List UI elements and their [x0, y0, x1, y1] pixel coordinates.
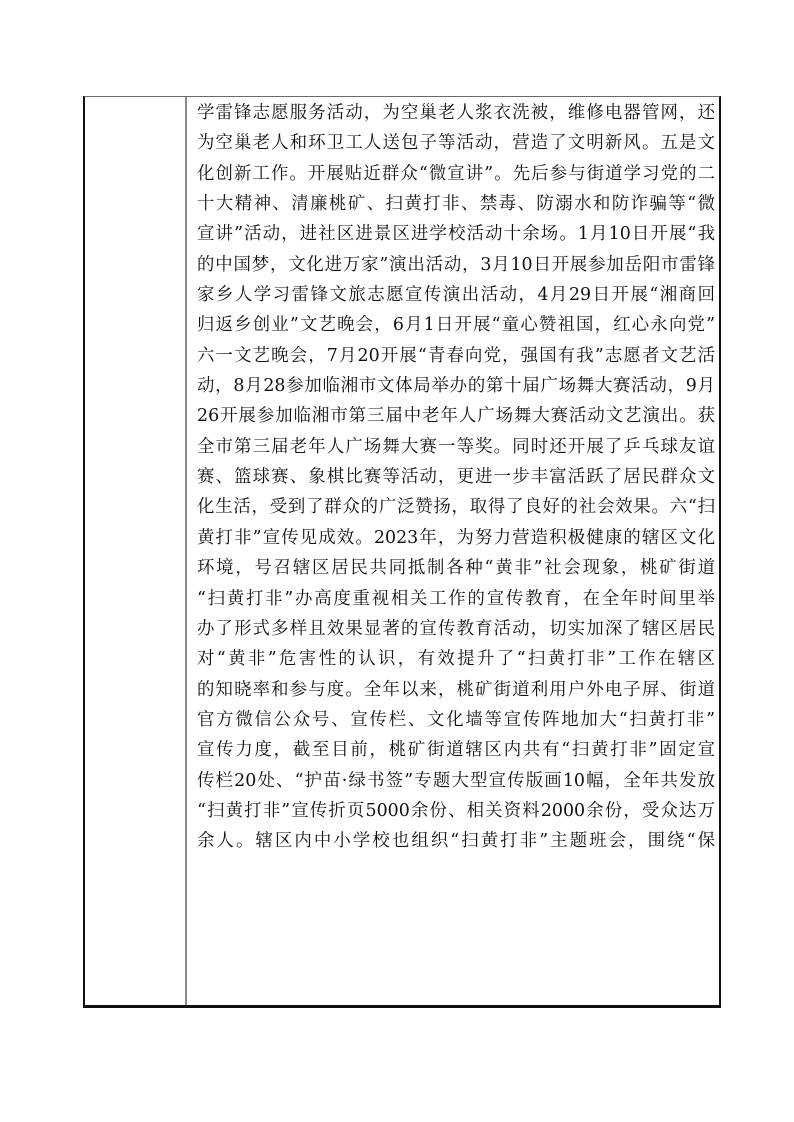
- text-line: 化生活，受到了群众的广泛赞扬，取得了良好的社会效果。六“扫: [197, 492, 715, 522]
- text-line: 的中国梦，文化进万家”演出活动，3月10日开展参加岳阳市雷锋: [197, 250, 715, 280]
- text-line: 宣传力度，截至目前，桃矿街道辖区内共有“扫黄打非”固定宣: [197, 735, 715, 765]
- text-line: 动，8月28参加临湘市文体局举办的第十届广场舞大赛活动，9月: [197, 371, 715, 401]
- text-line: 环境，号召辖区居民共同抵制各种“黄非”社会现象，桃矿街道: [197, 553, 715, 583]
- text-line: 对“黄非”危害性的认识，有效提升了“扫黄打非”工作在辖区: [197, 644, 715, 674]
- text-line: 传栏20处、“护苗·绿书签”专题大型宣传版画10幅，全年共发放: [197, 766, 715, 796]
- text-line: 全市第三届老年人广场舞大赛一等奖。同时还开展了乒乓球友谊: [197, 432, 715, 462]
- text-line: 26开展参加临湘市第三届中老年人广场舞大赛活动文艺演出。获: [197, 401, 715, 431]
- content-cell: 学雷锋志愿服务活动，为空巢老人浆衣洗被，维修电器管网，还 为空巢老人和环卫工人送…: [189, 97, 719, 1005]
- text-line: 归返乡创业”文艺晚会，6月1日开展“童心赞祖国，红心永向党”: [197, 310, 715, 340]
- report-table: 学雷锋志愿服务活动，为空巢老人浆衣洗被，维修电器管网，还 为空巢老人和环卫工人送…: [83, 96, 721, 1008]
- text-line: 办了形式多样且效果显著的宣传教育活动，切实加深了辖区居民: [197, 614, 715, 644]
- text-line: 家乡人学习雷锋文旅志愿宣传演出活动，4月29日开展“湘商回: [197, 280, 715, 310]
- text-line: 学雷锋志愿服务活动，为空巢老人浆衣洗被，维修电器管网，还: [197, 98, 715, 128]
- text-line: 宣讲”活动，进社区进景区进学校活动十余场。1月10日开展“我: [197, 219, 715, 249]
- text-line: “扫黄打非”宣传折页5000余份、相关资料2000余份，受众达万: [197, 796, 715, 826]
- text-line: 十大精神、清廉桃矿、扫黄打非、禁毒、防溺水和防诈骗等“微: [197, 189, 715, 219]
- text-line: “扫黄打非”办高度重视相关工作的宣传教育，在全年时间里举: [197, 584, 715, 614]
- label-cell: [85, 97, 187, 1005]
- text-line: 为空巢老人和环卫工人送包子等活动，营造了文明新风。五是文: [197, 128, 715, 158]
- text-line: 黄打非”宣传见成效。2023年，为努力营造积极健康的辖区文化: [197, 523, 715, 553]
- text-line: 化创新工作。开展贴近群众“微宣讲”。先后参与街道学习党的二: [197, 159, 715, 189]
- text-line: 六一文艺晚会，7月20开展“青春向党，强国有我”志愿者文艺活: [197, 341, 715, 371]
- text-line: 余人。辖区内中小学校也组织“扫黄打非”主题班会，围绕“保: [197, 826, 715, 856]
- text-line: 赛、篮球赛、象棋比赛等活动，更进一步丰富活跃了居民群众文: [197, 462, 715, 492]
- text-line: 官方微信公众号、宣传栏、文化墙等宣传阵地加大“扫黄打非”: [197, 705, 715, 735]
- body-paragraph: 学雷锋志愿服务活动，为空巢老人浆衣洗被，维修电器管网，还 为空巢老人和环卫工人送…: [197, 98, 717, 857]
- text-line: 的知晓率和参与度。全年以来，桃矿街道利用户外电子屏、街道: [197, 675, 715, 705]
